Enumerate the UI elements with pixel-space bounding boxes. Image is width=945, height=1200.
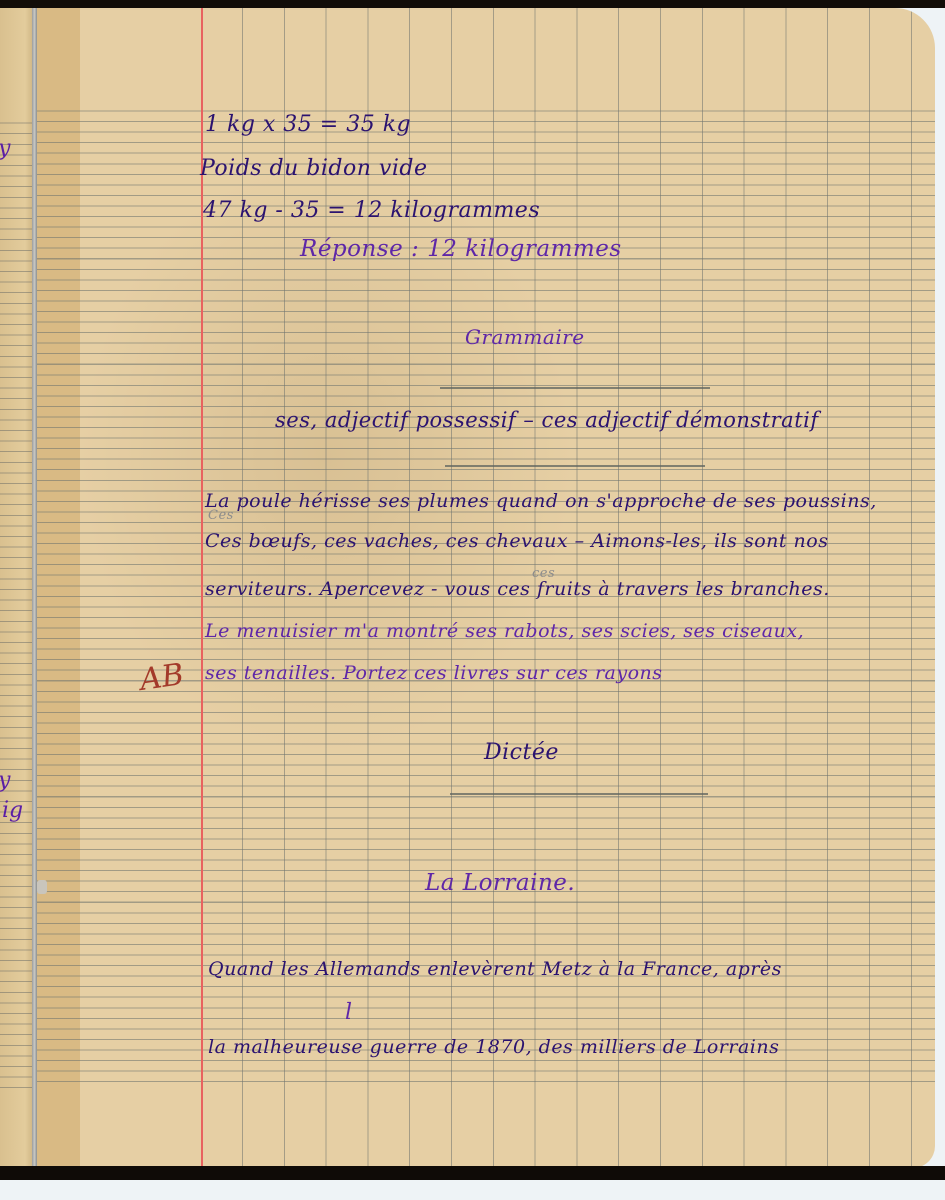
grammar-line: ses tenailles. Portez ces livres sur ces…: [205, 662, 663, 684]
dictation-title-underline: [450, 793, 708, 795]
page-tear-mark: [37, 880, 47, 894]
dictation-title: Dictée: [484, 740, 559, 765]
grammar-line: serviteurs. Apercevez - vous ces fruits …: [205, 578, 830, 600]
left-page-ruling: [0, 113, 36, 1093]
title-underline: [440, 387, 710, 389]
left-facing-page: y y ig: [0, 8, 36, 1168]
math-line-2: Poids du bidon vide: [200, 156, 427, 181]
left-page-ink-fragment: y: [0, 136, 10, 161]
left-page-ink-fragment: y: [0, 768, 10, 793]
math-answer: Réponse : 12 kilogrammes: [300, 236, 622, 262]
math-line-3: 47 kg - 35 = 12 kilogrammes: [203, 198, 540, 223]
subtitle-underline: [445, 465, 705, 467]
red-margin-line: [201, 8, 203, 1168]
grade-mark: AB: [138, 657, 186, 698]
grammar-line: Le menuisier m'a montré ses rabots, ses …: [205, 620, 804, 642]
grammar-title: Grammaire: [465, 325, 585, 349]
grammar-line: La poule hérisse ses plumes quand on s'a…: [205, 490, 877, 512]
scan-bottom-edge: [0, 1166, 945, 1180]
grammar-line: Ces bœufs, ces vaches, ces chevaux – Aim…: [205, 530, 828, 552]
math-line-1: 1 kg x 35 = 35 kg: [205, 112, 411, 137]
dictation-line: Quand les Allemands enlevèrent Metz à la…: [208, 958, 782, 980]
dictation-line: la malheureuse guerre de 1870, des milli…: [208, 1036, 779, 1058]
scan-top-edge: [0, 0, 945, 8]
grammar-subtitle: ses, adjectif possessif – ces adjectif d…: [275, 408, 819, 432]
left-page-ink-fragment: ig: [2, 798, 23, 823]
dictation-heading: La Lorraine.: [425, 870, 575, 896]
dictation-correction: l: [345, 1000, 353, 1025]
